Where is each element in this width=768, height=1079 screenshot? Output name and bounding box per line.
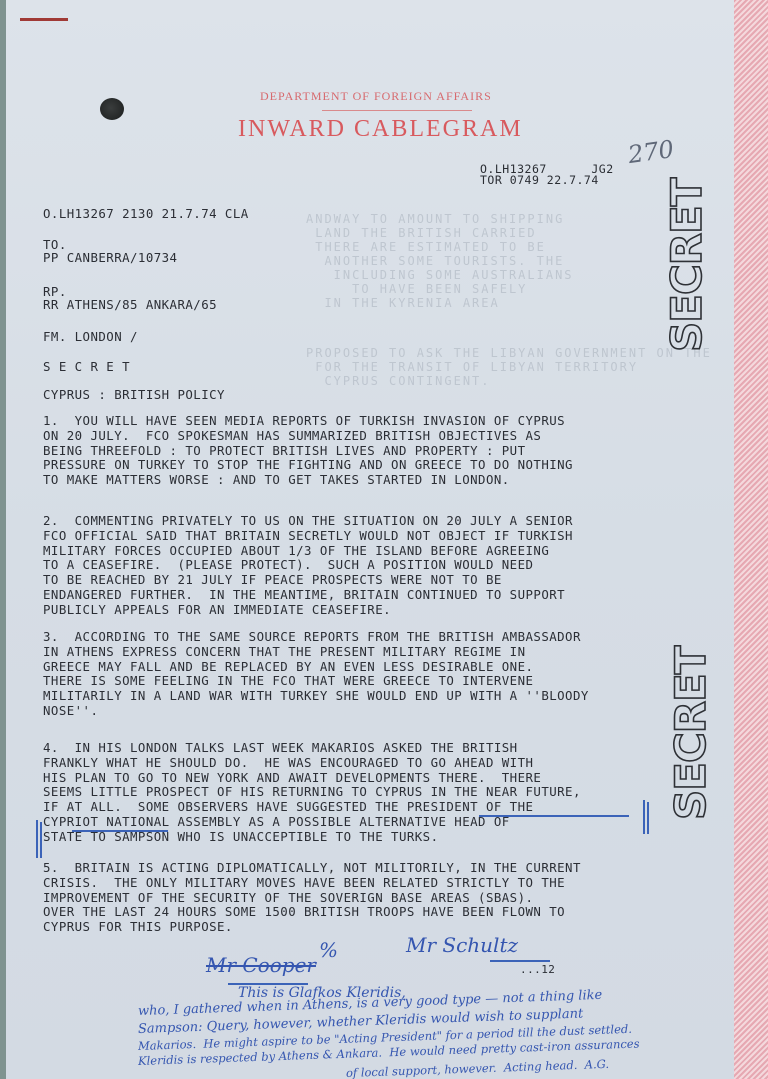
bleed-through-text-2: PROPOSED TO ASK THE LIBYAN GOVERNMENT ON… xyxy=(306,346,712,388)
department-heading: DEPARTMENT OF FOREIGN AFFAIRS xyxy=(260,89,492,104)
message-id: O.LH13267 2130 21.7.74 CLA xyxy=(43,207,249,222)
paragraph-1: 1. YOU WILL HAVE SEEN MEDIA REPORTS OF T… xyxy=(43,414,573,488)
paragraph-5: 5. BRITAIN IS ACTING DIPLOMATICALLY, NOT… xyxy=(43,861,581,935)
line: TO MAKE MATTERS WORSE : AND TO GET TAKES… xyxy=(43,473,573,488)
heading-rule xyxy=(322,110,472,111)
line: THERE IS SOME FEELING IN THE FCO THAT WE… xyxy=(43,674,589,689)
line: GREECE MAY FALL AND BE REPLACED BY AN EV… xyxy=(43,660,589,675)
classification: S E C R E T xyxy=(43,360,130,375)
line: BEING THREEFOLD : TO PROTECT BRITISH LIV… xyxy=(43,444,573,459)
rp-value: RR ATHENS/85 ANKARA/65 xyxy=(43,298,217,313)
pen-margin-bar-left-2 xyxy=(40,822,42,858)
handwritten-addressee-schultz: Mr Schultz xyxy=(406,933,518,957)
from-line: FM. LONDON / xyxy=(43,330,138,345)
line: CYPRIOT NATIONAL ASSEMBLY AS A POSSIBLE … xyxy=(43,815,581,830)
line: TO A CEASEFIRE. (PLEASE PROTECT). SUCH A… xyxy=(43,558,573,573)
line: MILITARILY IN A LAND WAR WITH TURKEY SHE… xyxy=(43,689,589,704)
line: HIS PLAN TO GO TO NEW YORK AND AWAIT DEV… xyxy=(43,771,581,786)
red-edge-mark xyxy=(20,18,68,21)
handwritten-folio-number: 270 xyxy=(626,135,675,169)
line: 4. IN HIS LONDON TALKS LAST WEEK MAKARIO… xyxy=(43,741,581,756)
handwritten-addressee-cooper: Mr Cooper xyxy=(206,953,316,977)
line: STATE TO SAMPSON WHO IS UNACCEPTIBLE TO … xyxy=(43,830,581,845)
line: PUBLICLY APPEALS FOR AN IMMEDIATE CEASEF… xyxy=(43,603,573,618)
line: SEEMS LITTLE PROSPECT OF HIS RETURNING T… xyxy=(43,785,581,800)
line: ON 20 JULY. FCO SPOKESMAN HAS SUMMARIZED… xyxy=(43,429,573,444)
line: NOSE''. xyxy=(43,704,589,719)
line: MILITARY FORCES OCCUPIED ABOUT 1/3 OF TH… xyxy=(43,544,573,559)
line: IF AT ALL. SOME OBSERVERS HAVE SUGGESTED… xyxy=(43,800,581,815)
line: 1. YOU WILL HAVE SEEN MEDIA REPORTS OF T… xyxy=(43,414,573,429)
line: 3. ACCORDING TO THE SAME SOURCE REPORTS … xyxy=(43,630,589,645)
red-hatched-border xyxy=(734,0,768,1079)
punch-hole xyxy=(100,98,124,120)
line: FCO OFFICIAL SAID THAT BRITAIN SECRETLY … xyxy=(43,529,573,544)
line: IN ATHENS EXPRESS CONCERN THAT THE PRESE… xyxy=(43,645,589,660)
to-value: PP CANBERRA/10734 xyxy=(43,251,177,266)
pen-margin-bar-right-2 xyxy=(647,802,649,834)
line: ENDANGERED FURTHER. IN THE MEANTIME, BRI… xyxy=(43,588,573,603)
pen-margin-bar-left xyxy=(36,820,38,858)
subject-line: CYPRUS : BRITISH POLICY xyxy=(43,388,225,403)
reference-block: O.LH13267 JG2 TOR 0749 22.7.74 xyxy=(480,164,614,186)
pen-margin-bar-right xyxy=(643,800,645,834)
page-continuation-marker: ...12 xyxy=(520,963,555,978)
line: PRESSURE ON TURKEY TO STOP THE FIGHTING … xyxy=(43,458,573,473)
pen-underline-schultz xyxy=(490,960,550,962)
handwritten-percent-mark: % xyxy=(319,938,338,962)
line: CRISIS. THE ONLY MILITARY MOVES HAVE BEE… xyxy=(43,876,581,891)
line: 2. COMMENTING PRIVATELY TO US ON THE SIT… xyxy=(43,514,573,529)
document-title: INWARD CABLEGRAM xyxy=(238,116,523,143)
line: IMPROVEMENT OF THE SECURITY OF THE SOVER… xyxy=(43,891,581,906)
pen-underline-president xyxy=(479,815,629,817)
bleed-through-text: ANDWAY TO AMOUNT TO SHIPPING LAND THE BR… xyxy=(306,212,574,310)
handwritten-note-line-6: of local support, however. Acting head. … xyxy=(346,1057,610,1079)
cable-page: DEPARTMENT OF FOREIGN AFFAIRS INWARD CAB… xyxy=(6,0,768,1079)
line: 5. BRITAIN IS ACTING DIPLOMATICALLY, NOT… xyxy=(43,861,581,876)
paragraph-2: 2. COMMENTING PRIVATELY TO US ON THE SIT… xyxy=(43,514,573,618)
line: OVER THE LAST 24 HOURS SOME 1500 BRITISH… xyxy=(43,905,581,920)
reference-line-2: TOR 0749 22.7.74 xyxy=(480,173,599,187)
pen-underline-cypriot-national xyxy=(72,830,168,832)
paragraph-3: 3. ACCORDING TO THE SAME SOURCE REPORTS … xyxy=(43,630,589,719)
line: TO BE REACHED BY 21 JULY IF PEACE PROSPE… xyxy=(43,573,573,588)
line: FRANKLY WHAT HE SHOULD DO. HE WAS ENCOUR… xyxy=(43,756,581,771)
secret-stamp-middle: SECRET xyxy=(666,647,715,820)
secret-stamp-top: SECRET xyxy=(662,179,711,352)
